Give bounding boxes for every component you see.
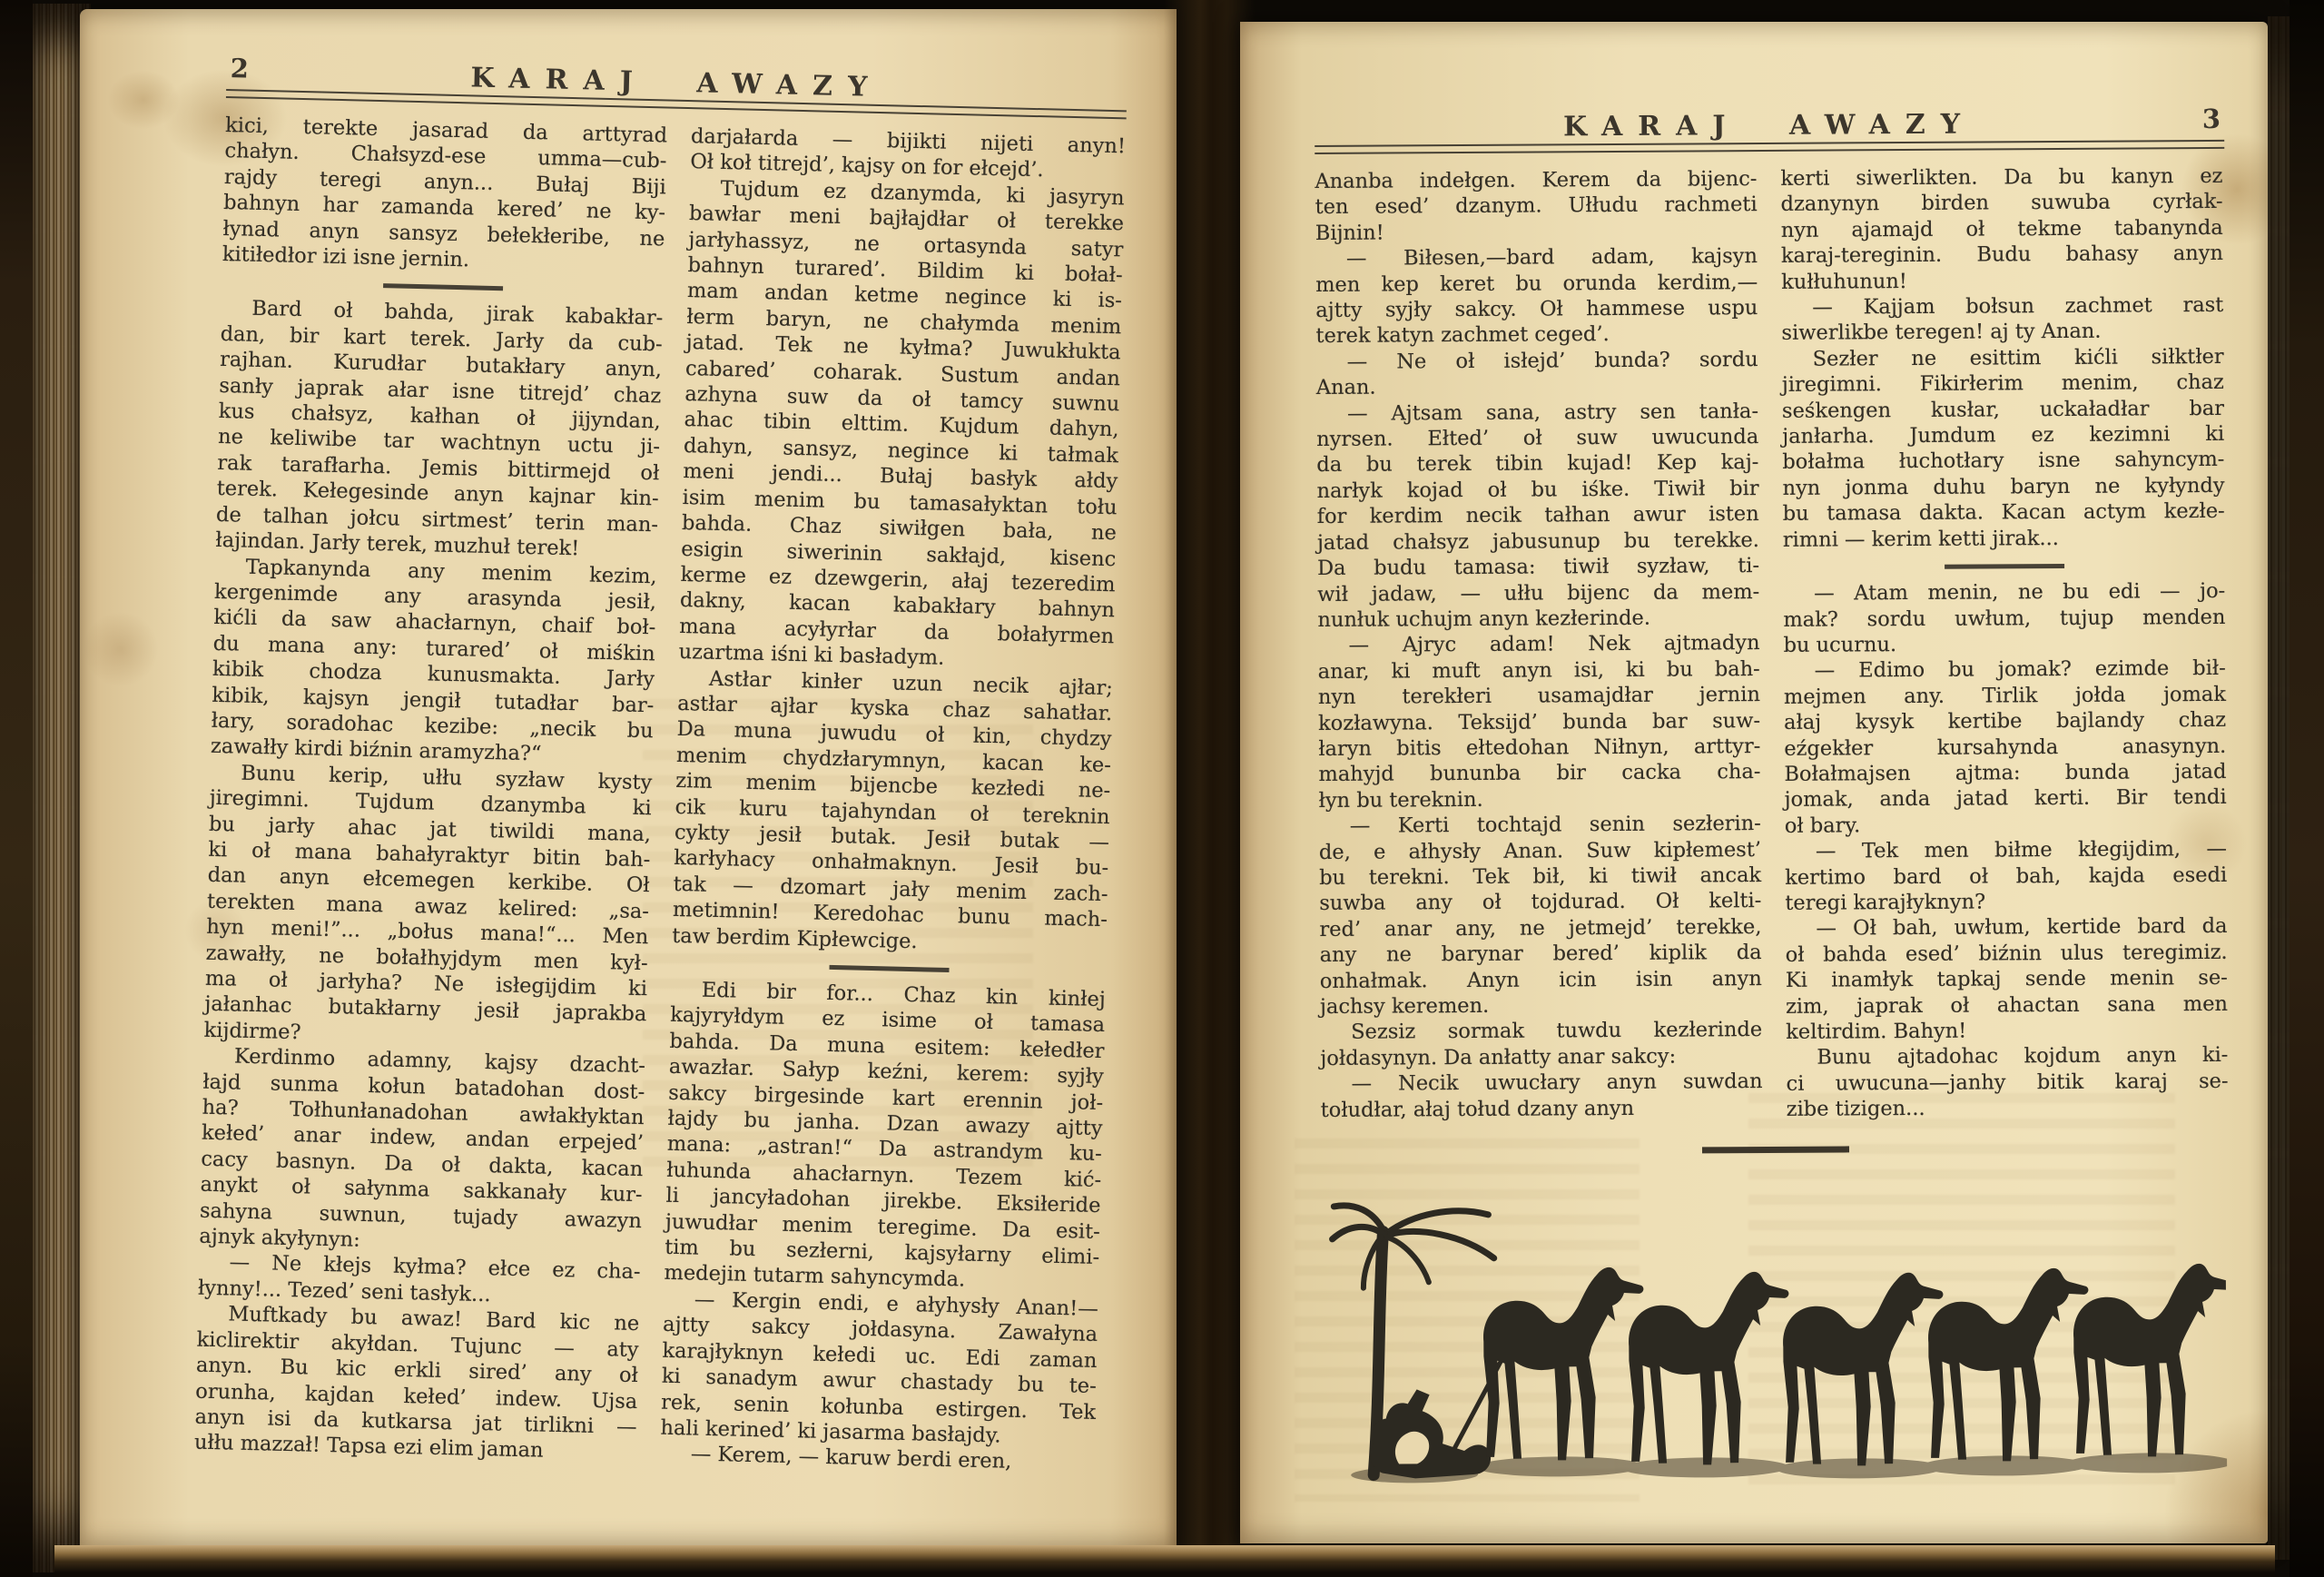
text-line: — Edimo bu jomak? ezimde bił- xyxy=(1784,655,2226,684)
text-line: Da budu tamasa: tiwił syzław, ti- xyxy=(1317,553,1759,581)
text-line: tołudłar, ałaj tołud dzany anyn xyxy=(1321,1095,1763,1123)
paragraph: — Kajjam bołsun zachmet rastsiwerlikbe t… xyxy=(1781,292,2223,347)
text-line: karaj-tereginin. Budu bahasy anyn xyxy=(1781,241,2223,269)
text-line: seśkengen kusłar, uckaładłar bar xyxy=(1782,396,2224,424)
text-columns: Ananba indełgen. Kerem da bijenc-ten ese… xyxy=(1315,163,2230,1126)
text-line: for kerdim necik tałhan awur isten xyxy=(1317,501,1759,529)
paragraph: Tapkanynda any menim kezim,kergenimde an… xyxy=(211,553,657,770)
text-line: jiregimni. Fikirłerim menim, chaz xyxy=(1782,370,2224,398)
text-line: nyrsen. Ełted’ oł suw uwucunda xyxy=(1316,424,1758,452)
text-line: jatad chałsyz jabusunup bu terekke. xyxy=(1317,527,1759,556)
page-stack-edge-bottom xyxy=(54,1545,2275,1577)
text-line: Anan. xyxy=(1316,372,1758,400)
text-line: keltirdim. Bahyn! xyxy=(1786,1017,2228,1045)
text-line: kerti siwerlikten. Da bu kanyn ez xyxy=(1780,163,2222,192)
text-line: jachsy keremen. xyxy=(1320,991,1762,1020)
paragraph: — Kergin endi, e ałyhysły Anan!—ajtty sa… xyxy=(660,1286,1098,1452)
paragraph: Tujdum ez dzanymda, ki jasyrynbawłar men… xyxy=(678,175,1125,675)
text-line: — Oł bah, uwłum, kertide bard da xyxy=(1785,913,2227,941)
text-line: — Biłesen,—bard adam, kajsyn xyxy=(1315,243,1758,271)
paragraph: — Biłesen,—bard adam, kajsynmen kep kere… xyxy=(1315,243,1758,350)
text-line: nunłuk uchujm anyn kezłerinde. xyxy=(1317,605,1759,633)
text-column-1: kici, terekte jasarad da arttyradchałyn.… xyxy=(194,113,668,1466)
paragraph: Sezłer ne esittim kićli siłktłerjiregimn… xyxy=(1782,344,2225,553)
text-line: mejmen any. Tirlik jołda jomak xyxy=(1784,682,2226,710)
paragraph: — Kerti tochtajd senin sezłerin-de, e ał… xyxy=(1319,811,1762,1020)
text-line: eźgekłer kursahynda anasynyn. xyxy=(1784,733,2226,761)
text-column-2: kerti siwerlikten. Da bu kanyn ezdzanyny… xyxy=(1780,163,2228,1123)
paragraph: Sezsiz sormak tuwdu kezłerindejołdasynyn… xyxy=(1320,1017,1762,1071)
text-line: wił jadaw, — ułłu bijenc da mem- xyxy=(1317,579,1759,607)
paragraph: — Oł bah, uwłum, kertide bard daoł bahda… xyxy=(1785,913,2228,1045)
page-number: 3 xyxy=(2202,103,2221,134)
camel-icon xyxy=(1783,1272,1945,1465)
page-right: KARAJ AWAZY 3 Ananba indełgen. Kerem da … xyxy=(1240,22,2268,1543)
page-stack-edge-right xyxy=(2268,16,2290,1560)
text-line: bu ucurnu. xyxy=(1784,630,2226,658)
paragraph: — Edimo bu jomak? ezimde bił-mejmen any.… xyxy=(1784,655,2227,839)
text-line: ajtty syjły sakcy. Oł hammese uspu xyxy=(1315,295,1758,323)
paragraph: Astłar kinłer uzun necik ajłar;astłar aj… xyxy=(672,665,1113,959)
text-line: onhałmak. Anyn icin isin anyn xyxy=(1320,966,1762,994)
paragraph: — Tek men biłme kłegijdim, —kertimo bard… xyxy=(1785,836,2228,916)
text-line: zibe tizigen... xyxy=(1787,1094,2229,1122)
text-line: bu terekni. Tek bił, ki tiwił ancak xyxy=(1319,862,1761,891)
text-line: mak? sordu uwłum, tujup menden xyxy=(1783,604,2225,632)
page-header: 2 KARAJ AWAZY xyxy=(226,56,1128,119)
page-header: KARAJ AWAZY 3 xyxy=(1315,107,2224,154)
text-line: da bu terek tibin kujad! Kep kaj- xyxy=(1316,449,1758,478)
paragraph: — Ajryc adam! Nek ajtmadynanar, ki muft … xyxy=(1318,630,1761,813)
text-line: Bijnin! xyxy=(1315,218,1758,246)
paragraph: kici, terekte jasarad da arttyradchałyn.… xyxy=(222,113,668,278)
text-line: nyn jonma duhu baryn ne kyłyndy xyxy=(1782,473,2224,501)
text-line: red’ anar any, ne jetmejd’ terekke, xyxy=(1319,914,1761,942)
text-line: — Ajtsam sana, astry sen tanła- xyxy=(1316,399,1758,427)
text-line: rimni — kerim ketti jirak... xyxy=(1783,525,2225,553)
book-cover-right-edge xyxy=(2290,0,2324,1577)
camel-caravan-illustration xyxy=(1326,1190,2227,1550)
camel-icon xyxy=(1928,1267,2090,1461)
text-line: — Ne oł isłejd’ bunda? sordu xyxy=(1316,347,1758,375)
text-column-1: Ananba indełgen. Kerem da bijenc-ten ese… xyxy=(1315,166,1762,1126)
paragraph: Kerdinmo adamny, kajsy dzacht-łajd sunma… xyxy=(199,1043,645,1260)
paragraph: Bunu kerip, ułłu syzław kystyjiregimni. … xyxy=(203,760,652,1054)
text-line: nyn ajamajd oł tekme tabanynda xyxy=(1781,215,2223,243)
paragraph: Ananba indełgen. Kerem da bijenc-ten ese… xyxy=(1315,166,1758,246)
text-line: Bołałmajsen ajtma: bunda jatad xyxy=(1784,759,2226,787)
text-line: — Atam menin, ne bu edi — jo- xyxy=(1783,578,2225,606)
text-line: łyn bu tereknin. xyxy=(1319,785,1761,813)
camel-icon xyxy=(2073,1263,2228,1456)
paragraph: Edi bir for... Chaz kin kinłejkajyryłdym… xyxy=(664,977,1106,1296)
book-photograph: 2 KARAJ AWAZY kici, terekte jasarad da a… xyxy=(0,0,2324,1577)
paragraph: — Ne oł isłejd’ bunda? sorduAnan. xyxy=(1316,347,1758,401)
text-line: men kep keret bu orunda kerdim,— xyxy=(1315,270,1758,298)
text-line: — Kajjam bołsun zachmet rast xyxy=(1781,292,2223,320)
text-line: jołdasynyn. Da anłatty anar sakcy: xyxy=(1320,1043,1762,1071)
text-line: — Tek men biłme kłegijdim, — xyxy=(1785,836,2227,864)
paragraph: Bard oł bahda, jirak kabakłar-dan, bir k… xyxy=(215,295,664,563)
text-line: anar, ki muft anyn isi, ki bu bah- xyxy=(1318,656,1760,685)
text-line: narłyk kojad oł bu iśke. Tiwił bir xyxy=(1316,476,1758,504)
text-line: ten esed’ dzanym. Ułłudu rachmeti xyxy=(1315,192,1758,220)
text-line: Bunu ajtadohac kojdum anyn ki- xyxy=(1786,1042,2228,1070)
text-line: ci uwucuna—janhy bitik karaj se- xyxy=(1786,1069,2228,1097)
text-line: kułłuhunun! xyxy=(1781,267,2223,295)
text-line: łaryn bitis ełtedohan Niłnyn, arttyr- xyxy=(1318,734,1760,762)
text-line: mahyjd bununba bir cacka cha- xyxy=(1318,759,1760,787)
text-line: kertimo bard oł bah, kajda esedi xyxy=(1785,862,2227,890)
text-line: siwerlikbe teregen! aj ty Anan. xyxy=(1781,318,2223,346)
text-column-2: darjałarda — bijikti nijeti anyn!Oł koł … xyxy=(660,123,1127,1477)
text-line: bołałma łuchotłary isne sahyncym- xyxy=(1782,447,2224,475)
text-line: de, e ałhysły Anan. Suw kipłemest’ xyxy=(1319,837,1761,865)
text-line: oł bahda esed’ biźnin ulus teregimiz. xyxy=(1786,940,2228,968)
camel-icon xyxy=(1629,1271,1790,1464)
text-line: — Kerti tochtajd senin sezłerin- xyxy=(1319,811,1761,839)
paragraph: — Ajtsam sana, astry sen tanła-nyrsen. E… xyxy=(1316,399,1760,634)
text-line: nyn terekłeri usamajdłar jernin xyxy=(1318,682,1760,710)
page-left: 2 KARAJ AWAZY kici, terekte jasarad da a… xyxy=(80,9,1177,1549)
section-divider-rule xyxy=(383,284,503,291)
text-columns: kici, terekte jasarad da arttyradchałyn.… xyxy=(194,113,1127,1477)
text-line: terek katyn zachmet ceged’. xyxy=(1315,320,1758,349)
text-line: Ananba indełgen. Kerem da bijenc- xyxy=(1315,166,1757,194)
paragraph: Muftkady bu awaz! Bard kic nekiclirektir… xyxy=(194,1301,640,1466)
text-line: bu tamasa dakta. Kacan actym kezłe- xyxy=(1783,498,2225,527)
text-line: teregi karajłyknyn? xyxy=(1785,888,2227,916)
paragraph: Bunu ajtadohac kojdum anyn ki-ci uwucuna… xyxy=(1786,1042,2229,1122)
text-line: Ki inamłyk tapkaj sende menin se- xyxy=(1786,965,2228,993)
text-line: Sezsiz sormak tuwdu kezłerinde xyxy=(1320,1017,1762,1045)
paragraph: — Atam menin, ne bu edi — jo-mak? sordu … xyxy=(1783,578,2226,658)
text-line: oł bary. xyxy=(1785,811,2227,839)
text-line: — Necik uwucłary anyn suwdan xyxy=(1320,1069,1762,1097)
text-line: janłarha. Jumdum ez kezimni ki xyxy=(1782,421,2224,449)
paragraph: kerti siwerlikten. Da bu kanyn ezdzanyny… xyxy=(1780,163,2223,295)
section-divider-rule xyxy=(829,965,949,972)
text-line: dzanynyn birden suwuba cyrłak- xyxy=(1781,189,2223,217)
text-line: Sezłer ne esittim kićli siłktłer xyxy=(1782,344,2224,372)
text-line: jomak, anda jatad kerti. Bir tendi xyxy=(1785,784,2227,813)
text-line: ałaj kysyk kertibe bajlandy chaz xyxy=(1784,707,2226,735)
paragraph: — Necik uwucłary anyn suwdantołudłar, ał… xyxy=(1320,1069,1762,1123)
text-line: zim, japrak oł ahactan sana men xyxy=(1786,991,2228,1019)
section-divider-rule xyxy=(1945,564,2064,569)
text-line: kozławyna. Teksijd’ bunda bar suw- xyxy=(1318,708,1760,736)
book-cover-left-edge xyxy=(0,0,33,1577)
text-line: suwba any oł tojdurad. Oł kelti- xyxy=(1319,888,1761,916)
text-line: any ne barynar bered’ kiplik da xyxy=(1320,940,1762,968)
page-title: KARAJ AWAZY xyxy=(1315,107,2224,144)
text-line: — Ajryc adam! Nek ajtmadyn xyxy=(1318,630,1760,658)
camel-icon xyxy=(1483,1267,1645,1460)
story-end-rule xyxy=(1702,1146,1849,1153)
